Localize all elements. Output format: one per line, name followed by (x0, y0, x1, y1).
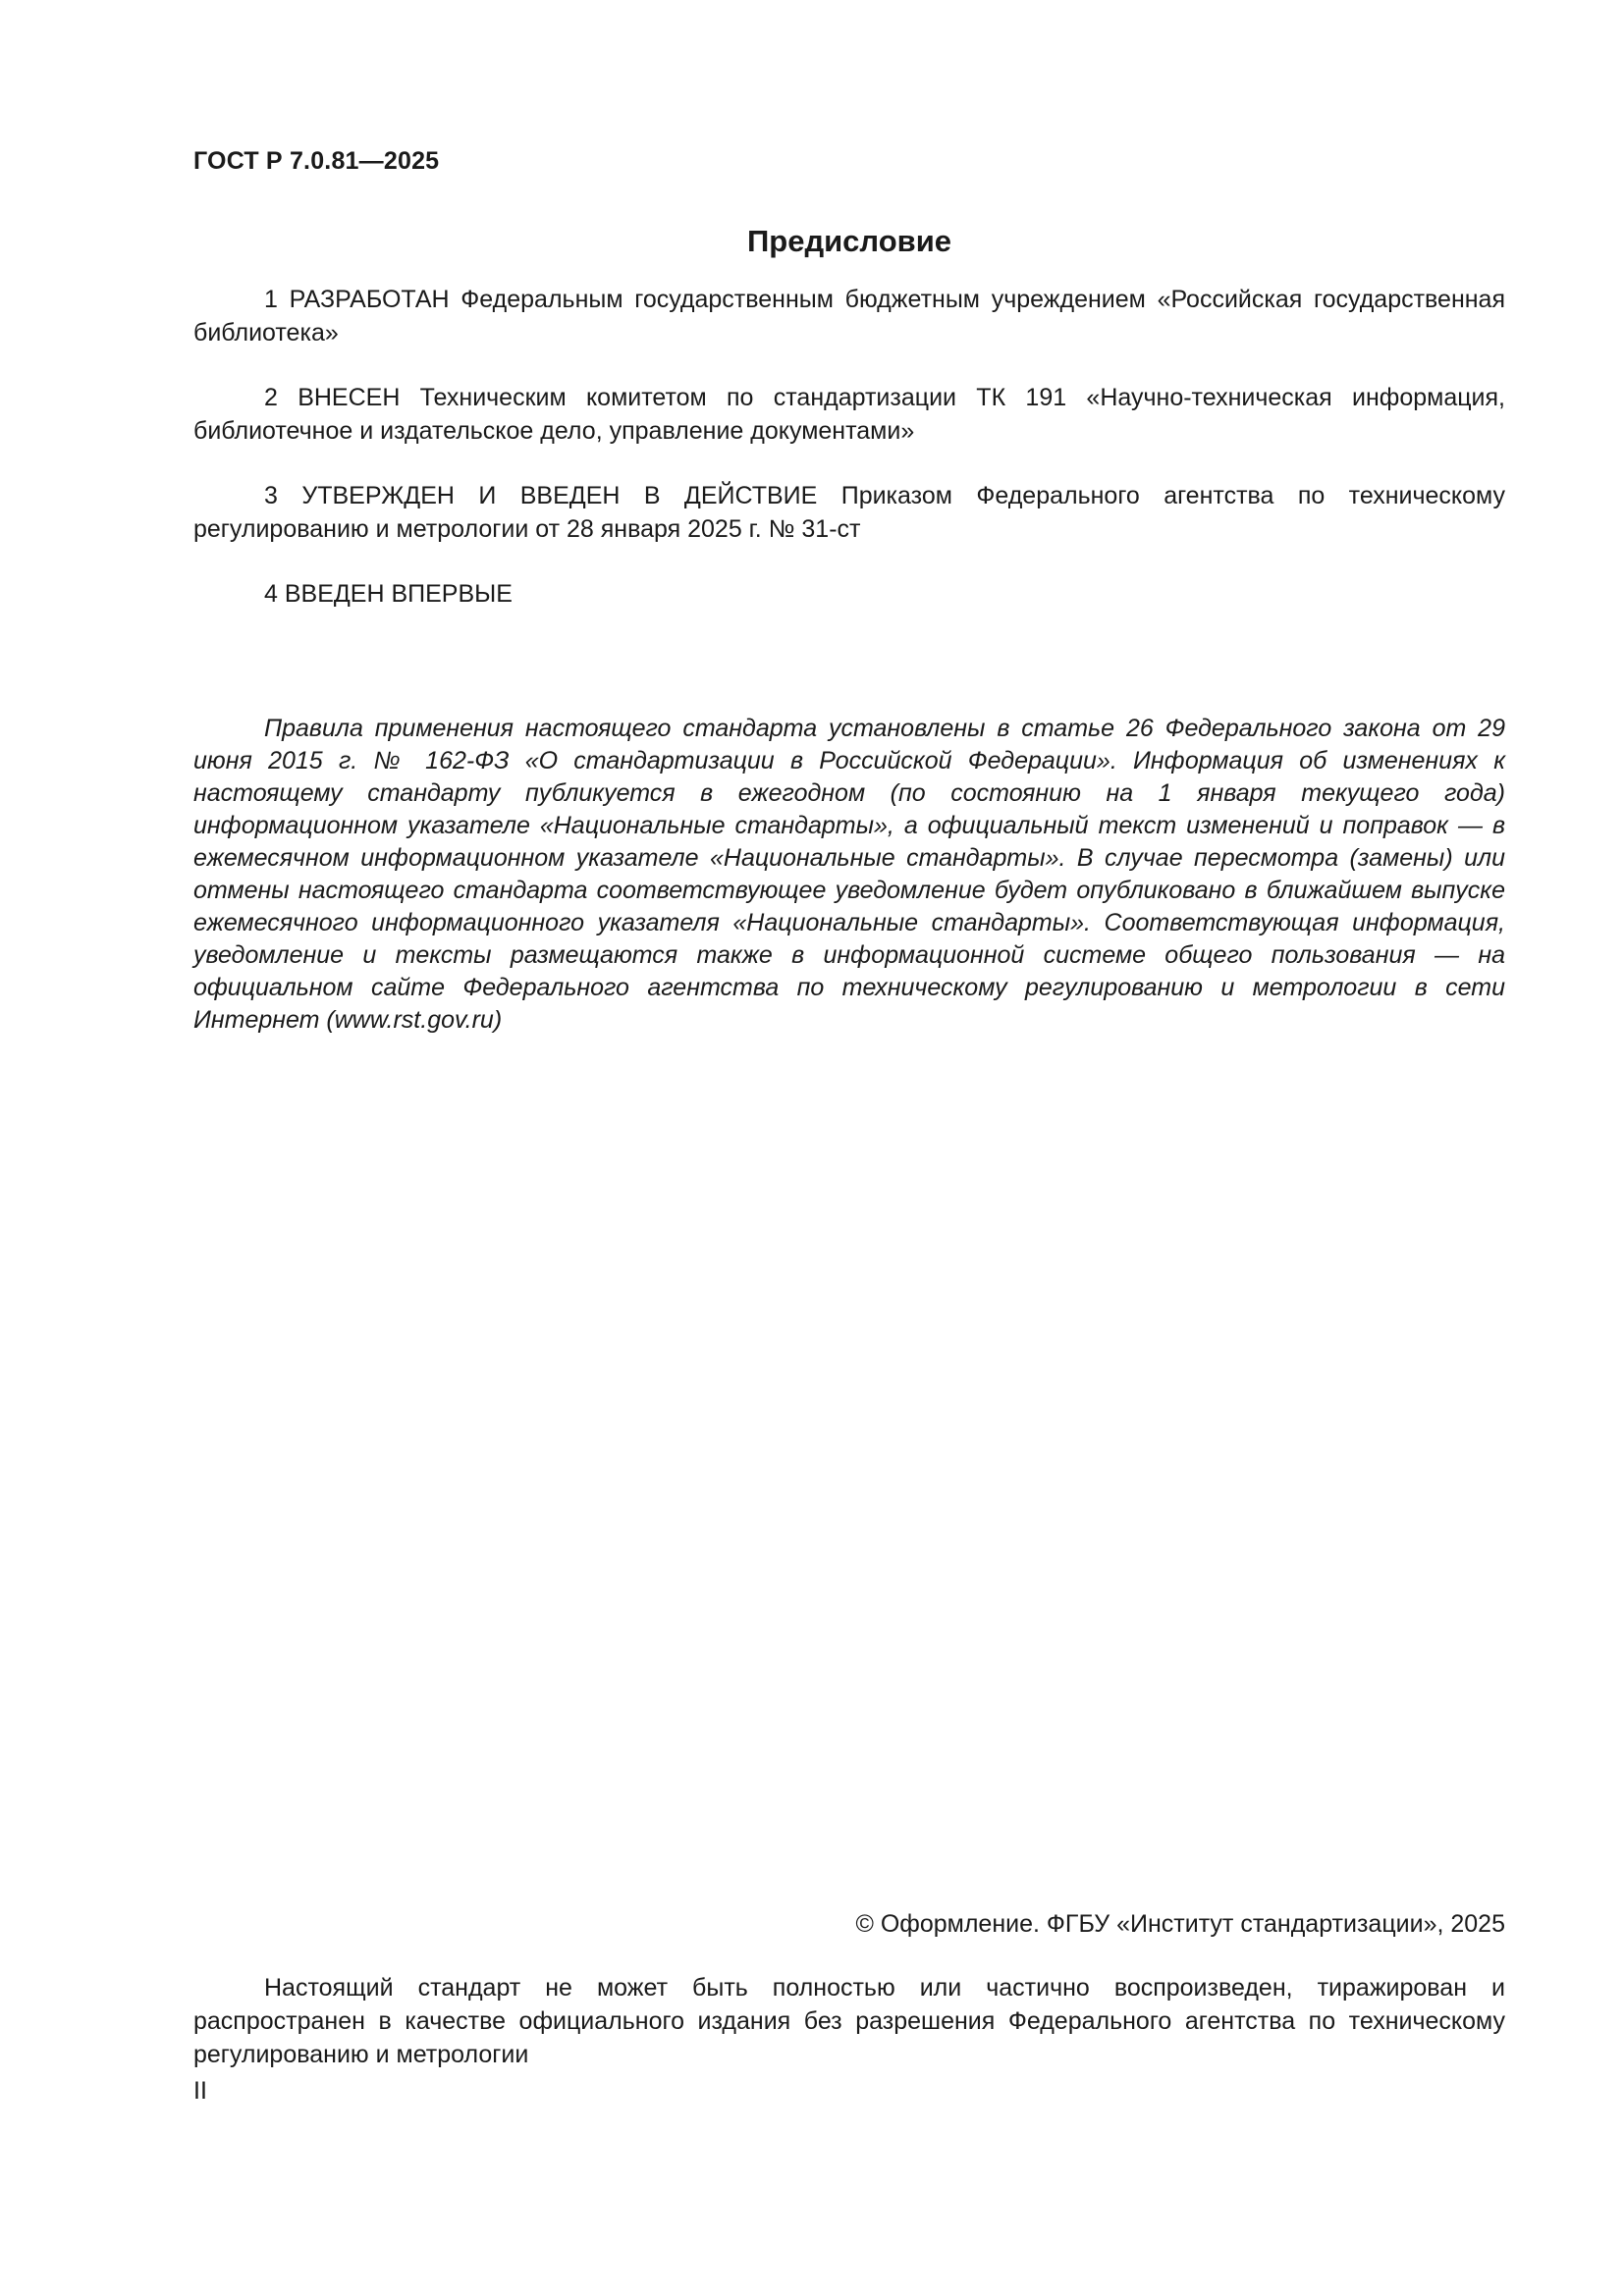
copyright-line: © Оформление. ФГБУ «Институт стандартиза… (855, 1910, 1505, 1939)
foreword-item-1: 1 РАЗРАБОТАН Федеральным государственным… (193, 283, 1505, 349)
reproduction-rights-notice: Настоящий стандарт не может быть полност… (193, 1971, 1505, 2071)
application-rules-notice: Правила применения настоящего стандарта … (193, 713, 1505, 1037)
foreword-item-3: 3 УТВЕРЖДЕН И ВВЕДЕН В ДЕЙСТВИЕ Приказом… (193, 479, 1505, 546)
page-number: II (193, 2077, 207, 2106)
document-page: ГОСТ Р 7.0.81—2025 Предисловие 1 РАЗРАБО… (0, 0, 1624, 2296)
document-code: ГОСТ Р 7.0.81—2025 (193, 147, 439, 176)
foreword-item-4: 4 ВВЕДЕН ВПЕРВЫЕ (193, 577, 1505, 611)
page-title: Предисловие (193, 224, 1505, 259)
foreword-item-2: 2 ВНЕСЕН Техническим комитетом по станда… (193, 381, 1505, 448)
